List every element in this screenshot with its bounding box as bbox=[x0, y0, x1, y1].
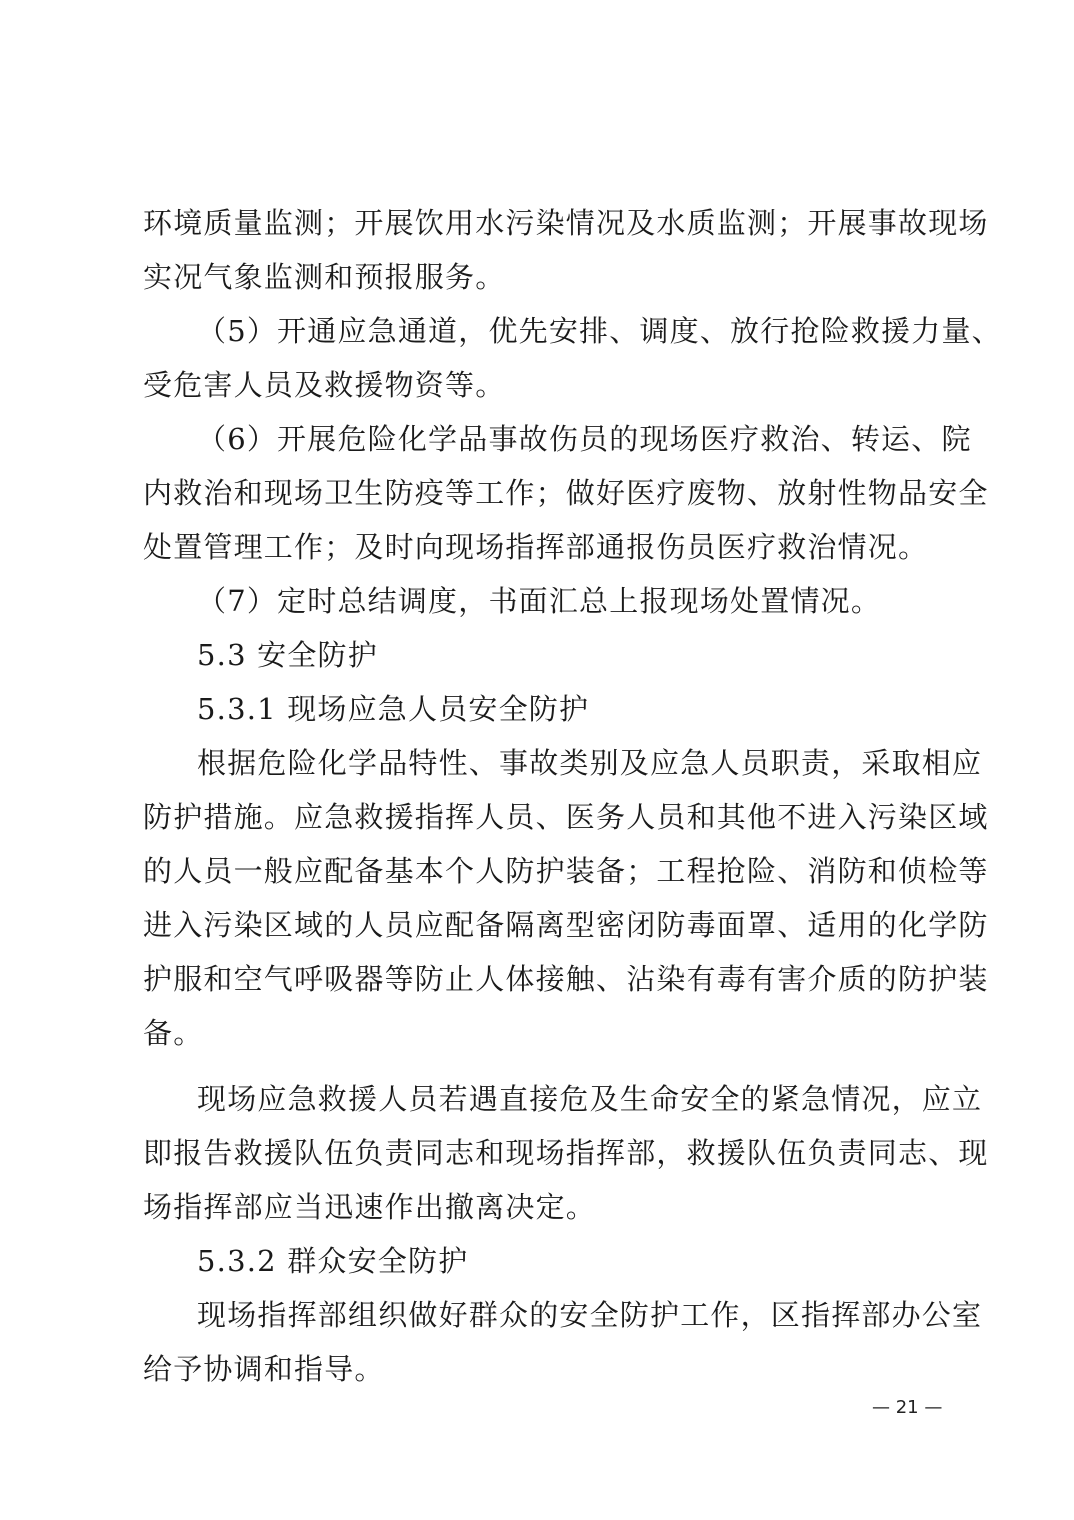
paragraph-line: 受危害人员及救援物资等。 bbox=[143, 358, 943, 412]
paragraph-line: 的人员一般应配备基本个人防护装备；工程抢险、消防和侦检等 bbox=[143, 844, 943, 898]
section-heading-5-3-1: 5.3.1 现场应急人员安全防护 bbox=[143, 682, 943, 736]
document-page: 环境质量监测；开展饮用水污染情况及水质监测；开展事故现场 实况气象监测和预报服务… bbox=[0, 0, 1074, 1520]
paragraph-line: 环境质量监测；开展饮用水污染情况及水质监测；开展事故现场 bbox=[143, 196, 943, 250]
page-number: — 21 — bbox=[872, 1397, 942, 1418]
body-text: 环境质量监测；开展饮用水污染情况及水质监测；开展事故现场 实况气象监测和预报服务… bbox=[143, 196, 943, 1396]
section-heading-5-3: 5.3 安全防护 bbox=[143, 628, 943, 682]
paragraph-line: 防护措施。应急救援指挥人员、医务人员和其他不进入污染区域 bbox=[143, 790, 943, 844]
paragraph-line: 根据危险化学品特性、事故类别及应急人员职责，采取相应 bbox=[143, 736, 943, 790]
paragraph-line: 护服和空气呼吸器等防止人体接触、沾染有毒有害介质的防护装 bbox=[143, 952, 943, 1006]
list-item-6: （6）开展危险化学品事故伤员的现场医疗救治、转运、院 bbox=[143, 412, 943, 466]
paragraph-line: 即报告救援队伍负责同志和现场指挥部，救援队伍负责同志、现 bbox=[143, 1126, 943, 1180]
paragraph-line: 现场指挥部组织做好群众的安全防护工作，区指挥部办公室 bbox=[143, 1288, 943, 1342]
paragraph-line: 现场应急救援人员若遇直接危及生命安全的紧急情况，应立 bbox=[143, 1072, 943, 1126]
paragraph-line: 场指挥部应当迅速作出撤离决定。 bbox=[143, 1180, 943, 1234]
paragraph-line: 进入污染区域的人员应配备隔离型密闭防毒面罩、适用的化学防 bbox=[143, 898, 943, 952]
paragraph-line: 备。 bbox=[143, 1006, 943, 1060]
paragraph-line: 内救治和现场卫生防疫等工作；做好医疗废物、放射性物品安全 bbox=[143, 466, 943, 520]
paragraph-line: 给予协调和指导。 bbox=[143, 1342, 943, 1396]
paragraph-line: 处置管理工作；及时向现场指挥部通报伤员医疗救治情况。 bbox=[143, 520, 943, 574]
list-item-5: （5）开通应急通道，优先安排、调度、放行抢险救援力量、 bbox=[143, 304, 943, 358]
list-item-7: （7）定时总结调度，书面汇总上报现场处置情况。 bbox=[143, 574, 943, 628]
section-heading-5-3-2: 5.3.2 群众安全防护 bbox=[143, 1234, 943, 1288]
paragraph-gap bbox=[143, 1060, 943, 1072]
paragraph-line: 实况气象监测和预报服务。 bbox=[143, 250, 943, 304]
